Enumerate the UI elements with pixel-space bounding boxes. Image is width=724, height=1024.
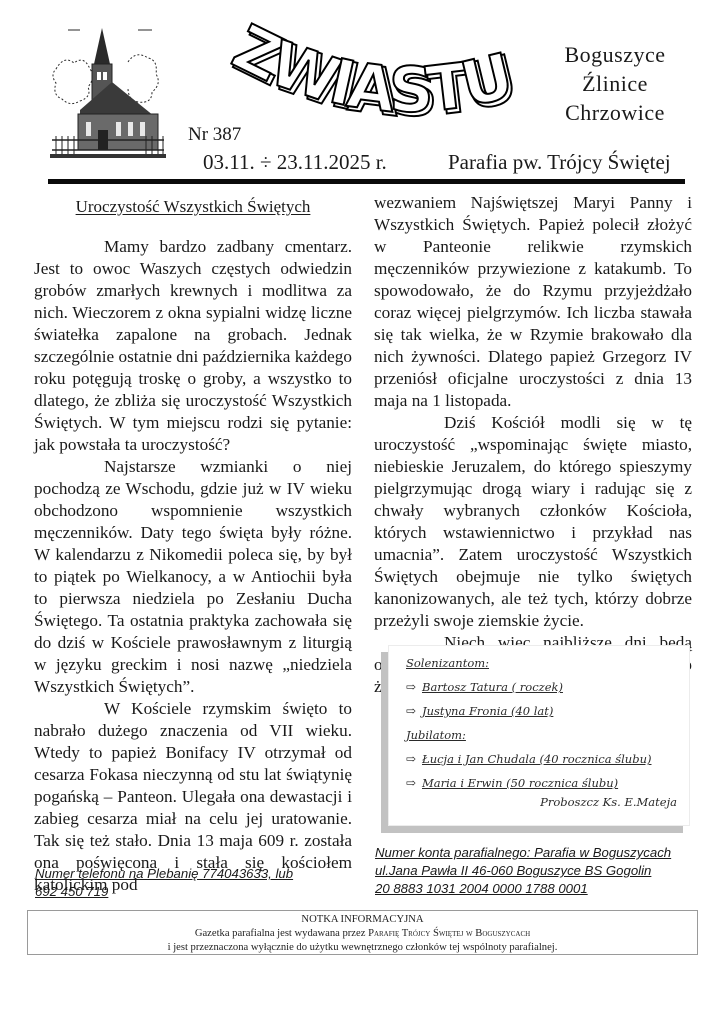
greeting-item: ⇨ Łucja i Jan Chudala (40 rocznica ślubu…: [406, 751, 689, 775]
article-column-left: Mamy bardzo zadbany cmentarz. Jest to ow…: [34, 236, 352, 896]
greeting-item: ⇨ Justyna Fronia (40 lat): [406, 703, 689, 727]
parish-name: Parafia pw. Trójcy Świętej: [448, 150, 671, 175]
article-paragraph: Mamy bardzo zadbany cmentarz. Jest to ow…: [34, 236, 352, 456]
greetings-signature: Proboszcz Ks. E.Mateja: [406, 795, 689, 809]
arrow-right-icon: ⇨: [406, 703, 422, 719]
greetings-box: Solenizantom: ⇨ Bartosz Tatura ( roczek)…: [388, 645, 690, 826]
village-name: Boguszyce: [550, 40, 680, 69]
svg-text:ZWIASTUN: ZWIASTUN: [225, 22, 516, 127]
notice-line: Gazetka parafialna jest wydawana przez P…: [28, 927, 697, 941]
phone-info: Numer telefonu na Plebanię 774043633, lu…: [35, 865, 293, 901]
notice-title: NOTKA INFORMACYJNA: [28, 913, 697, 927]
article-paragraph: wezwaniem Najświętszej Maryi Panny i Wsz…: [374, 192, 692, 412]
article-paragraph: Najstarsze wzmianki o niej pochodzą ze W…: [34, 456, 352, 698]
phone-line: 692 450 719: [35, 883, 108, 901]
village-name: Chrzowice: [550, 98, 680, 127]
notice-line: i jest przeznaczona wyłącznie do użytku …: [28, 941, 697, 955]
arrow-right-icon: ⇨: [406, 679, 422, 695]
church-drawing-icon: [50, 24, 166, 160]
greeting-item: ⇨ Bartosz Tatura ( roczek): [406, 679, 689, 703]
village-list: Boguszyce Źlinice Chrzowice: [550, 40, 680, 127]
bank-account-info: Numer konta parafialnego: Parafia w Bogu…: [375, 844, 671, 898]
account-line: ul.Jana Pawła II 46-060 Boguszyce BS Gog…: [375, 862, 651, 880]
account-line: Numer konta parafialnego: Parafia w Bogu…: [375, 844, 671, 862]
article-column-right: wezwaniem Najświętszej Maryi Panny i Wsz…: [374, 192, 692, 720]
phone-line: Numer telefonu na Plebanię 774043633, lu…: [35, 865, 293, 883]
article-title: Uroczystość Wszystkich Świętych: [34, 197, 352, 217]
article-paragraph: Dziś Kościół modli się w tę uroczystość …: [374, 412, 692, 632]
issue-dates: 03.11. ÷ 23.11.2025 r.: [203, 150, 387, 175]
masthead-title: ZWIASTUN ZWIASTUN: [225, 22, 525, 132]
publisher-name: Parafię Trójcy Świętej w Boguszycach: [368, 928, 530, 939]
issue-number: Nr 387: [188, 124, 241, 146]
arrow-right-icon: ⇨: [406, 775, 422, 791]
info-notice-box: NOTKA INFORMACYJNA Gazetka parafialna je…: [27, 910, 698, 955]
arrow-right-icon: ⇨: [406, 751, 422, 767]
account-line: 20 8883 1031 2004 0000 1788 0001: [375, 880, 588, 898]
header-divider: [48, 179, 685, 184]
village-name: Źlinice: [550, 69, 680, 98]
birthday-heading: Solenizantom:: [406, 655, 689, 679]
jubilee-heading: Jubilatom:: [406, 727, 689, 751]
